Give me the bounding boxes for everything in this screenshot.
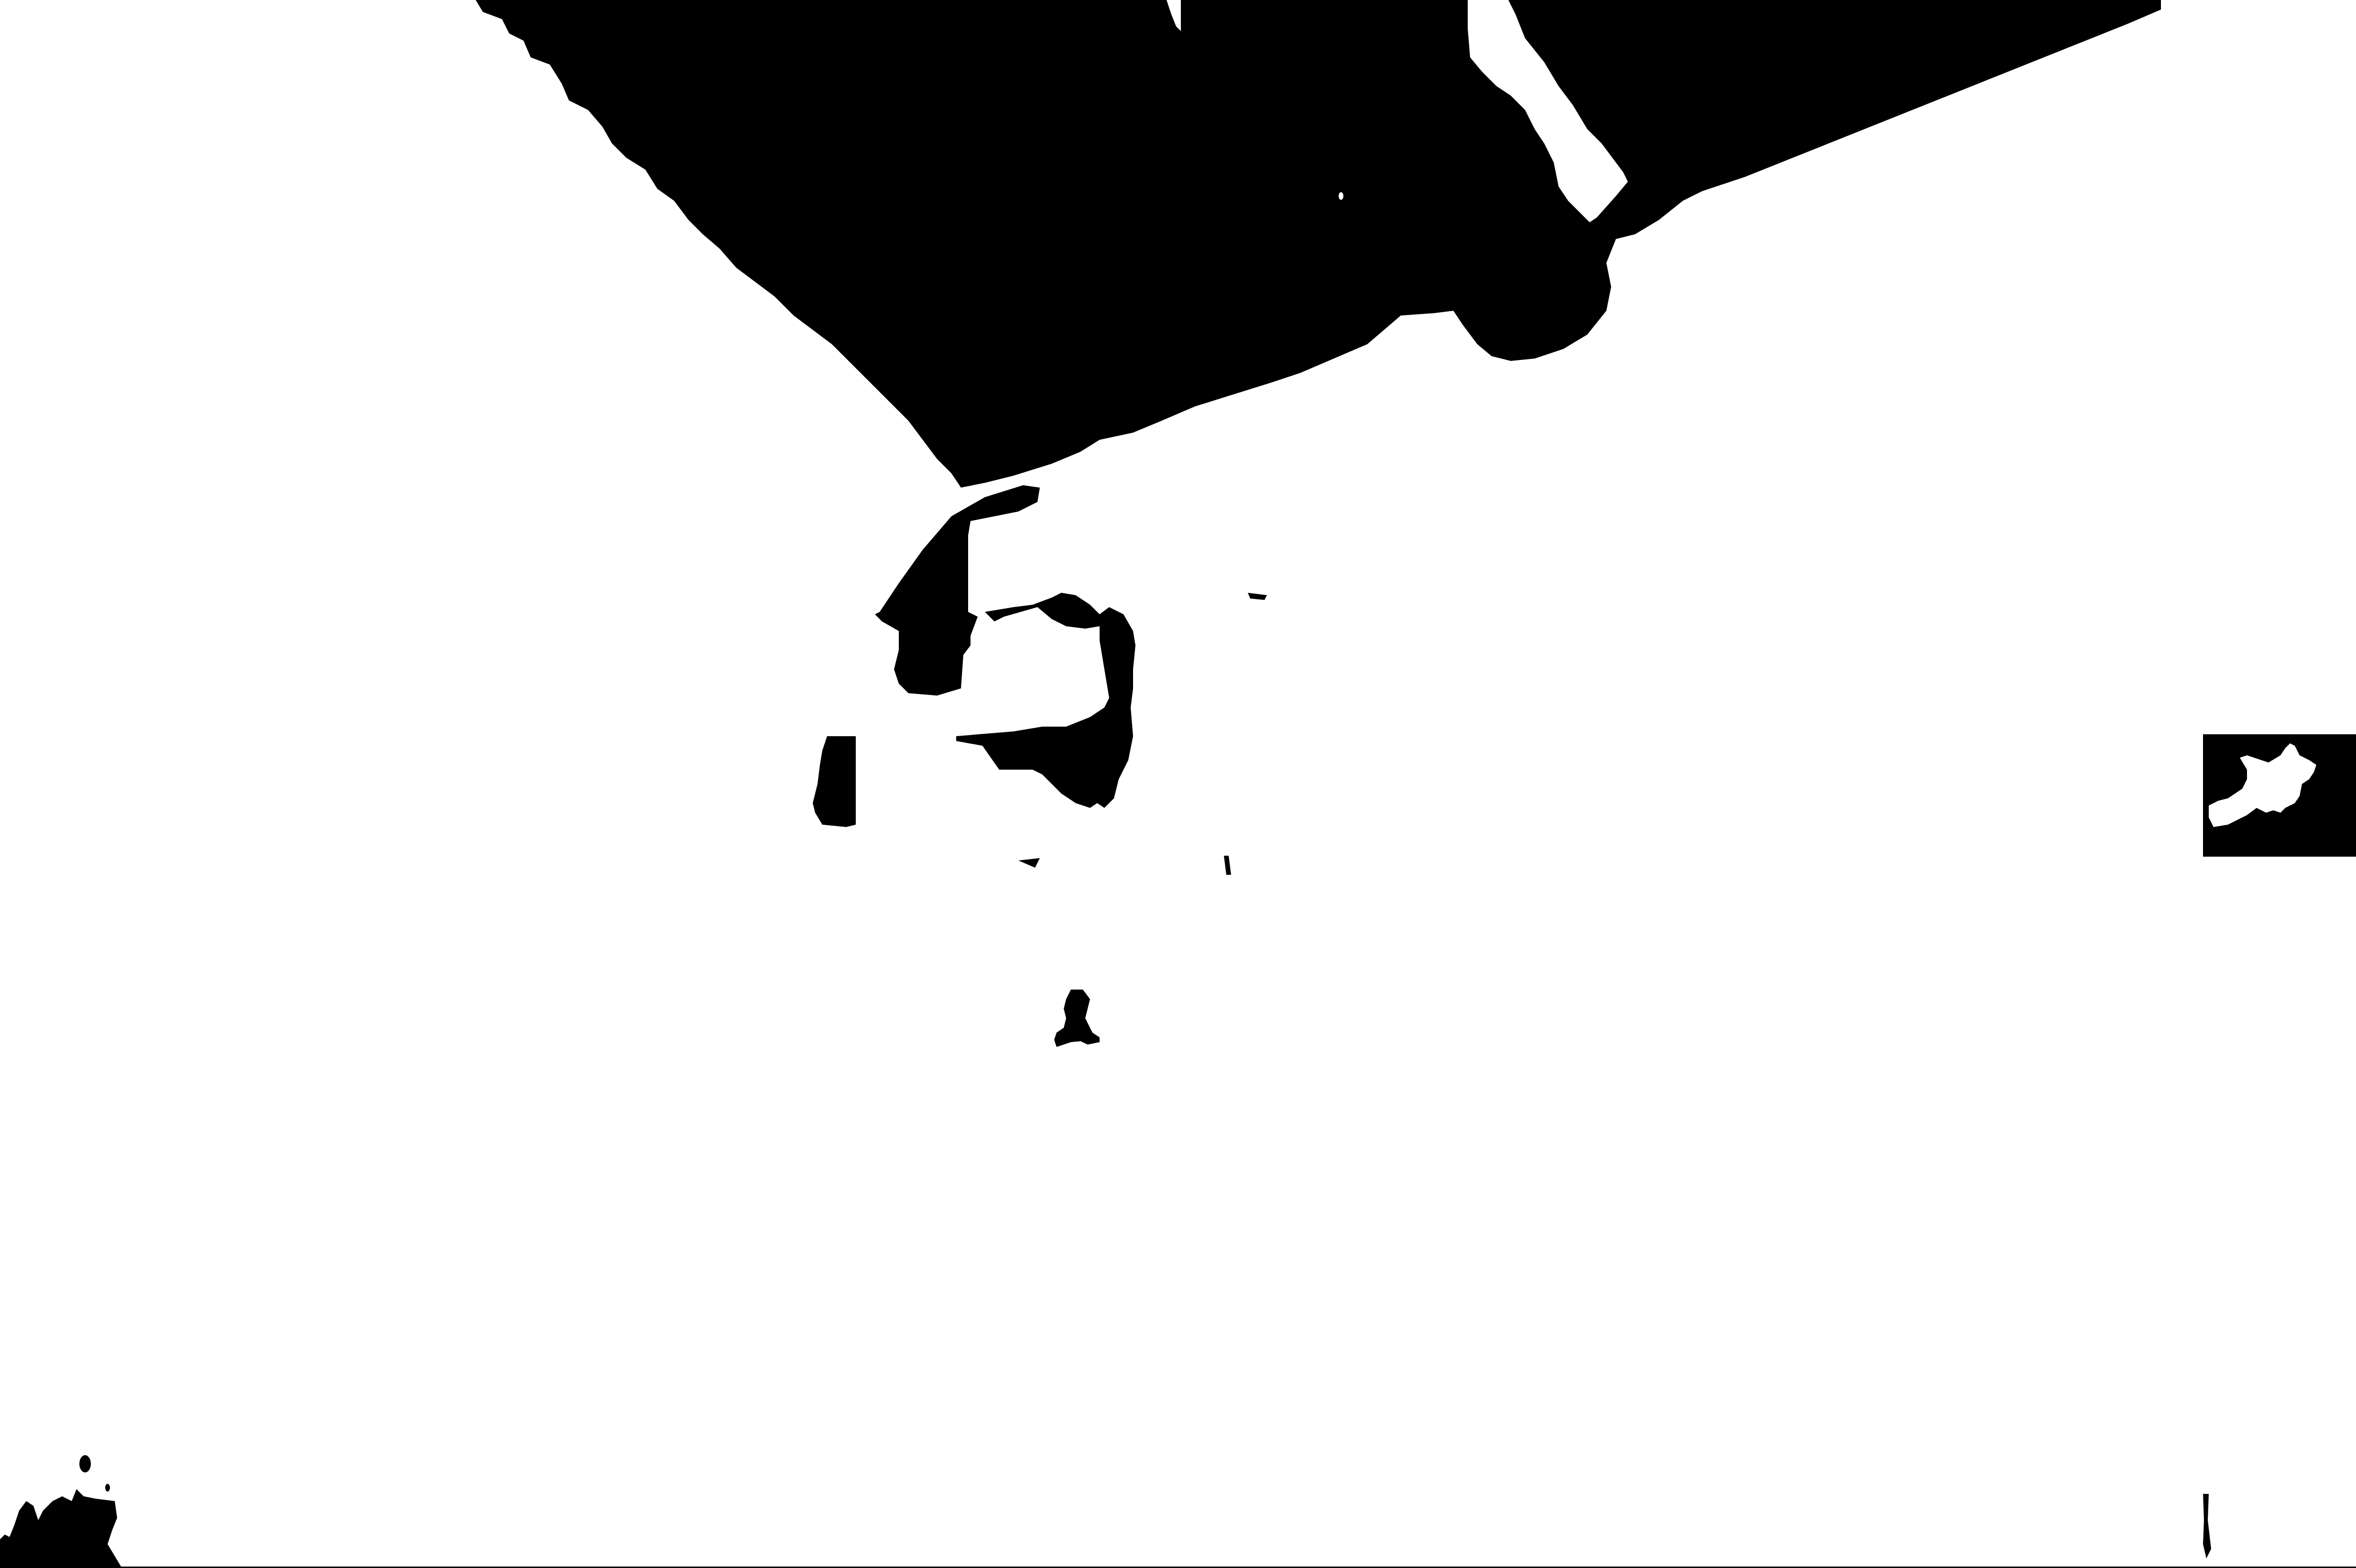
speck [105,1484,110,1492]
speck [79,1455,91,1472]
speck [1339,192,1343,200]
binarized-image [0,0,2356,1568]
